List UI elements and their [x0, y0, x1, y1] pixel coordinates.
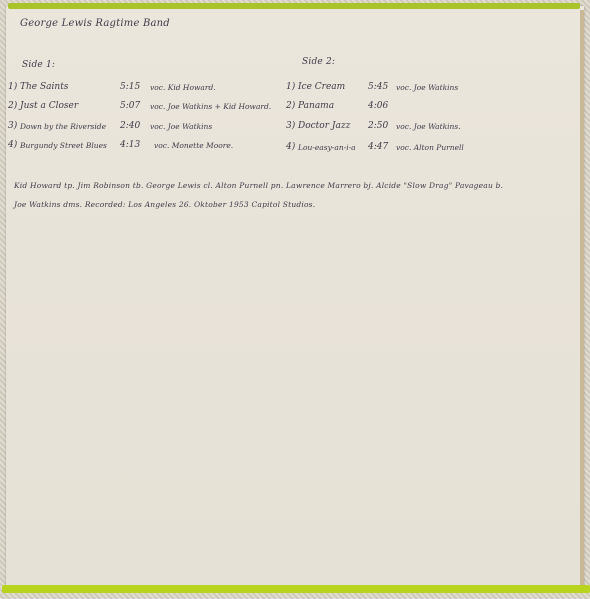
- side2-label: Side 2:: [302, 57, 335, 67]
- sleeve-edge: [580, 10, 584, 585]
- personnel-line-1: Kid Howard tp. Jim Robinson tb. George L…: [14, 181, 503, 190]
- top-green-stripe: [8, 3, 580, 9]
- band-title: George Lewis Ragtime Band: [20, 18, 170, 29]
- personnel-line-2: Joe Watkins dms. Recorded: Los Angeles 2…: [14, 200, 315, 209]
- record-sleeve: [6, 6, 584, 586]
- side1-label: Side 1:: [22, 60, 55, 70]
- bottom-green-stripe: [2, 585, 590, 593]
